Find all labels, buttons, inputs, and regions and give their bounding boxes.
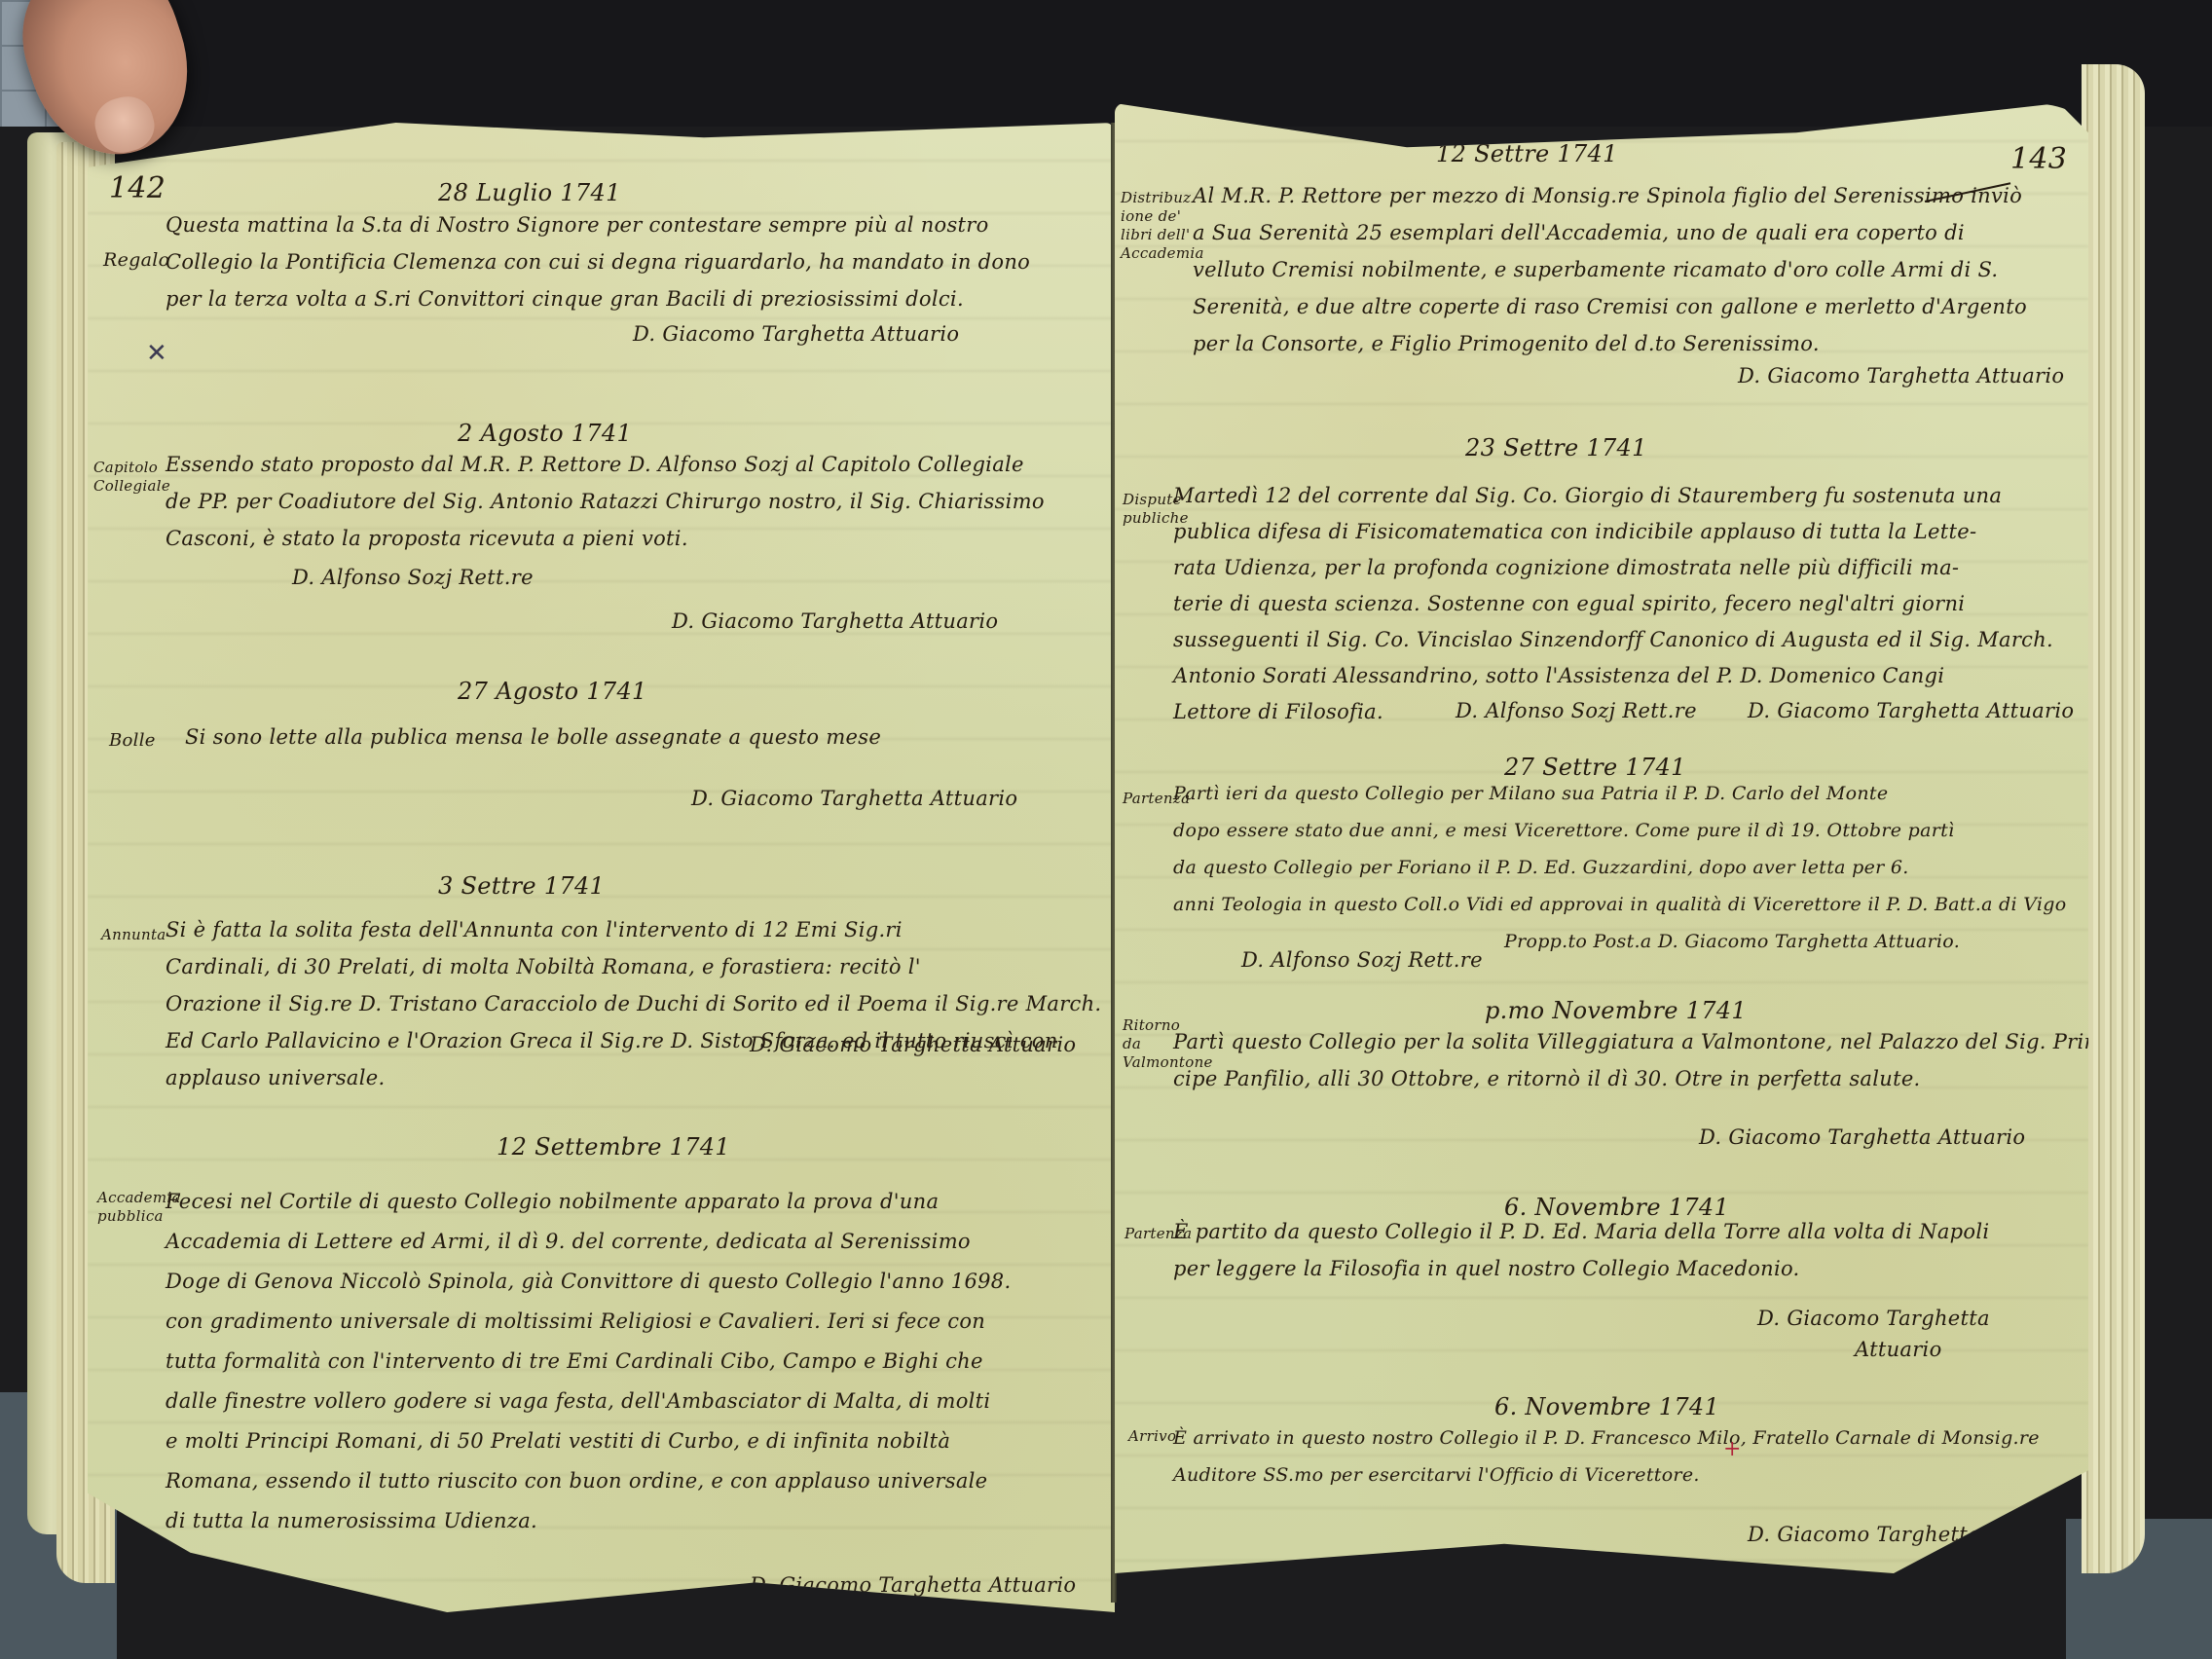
signature: Attuario bbox=[1855, 1338, 1942, 1361]
text-line: da questo Collegio per Foriano il P. D. … bbox=[1173, 849, 2067, 886]
entry-text: È partito da questo Collegio il P. D. Ed… bbox=[1173, 1213, 1989, 1287]
text-line: con gradimento universale di moltissimi … bbox=[166, 1302, 1011, 1342]
entry-date: 3 Settre 1741 bbox=[438, 872, 605, 900]
text-line: publica difesa di Fisicomatematica con i… bbox=[1173, 514, 2053, 550]
text-line: Essendo stato proposto dal M.R. P. Retto… bbox=[166, 446, 1045, 483]
margin-heading: Bolle bbox=[109, 731, 156, 750]
signature: D. Giacomo Targhetta Attuario bbox=[691, 787, 1017, 810]
signature: D. Giacomo Targhetta Attuario bbox=[1699, 1125, 2025, 1149]
text-line: Al M.R. P. Rettore per mezzo di Monsig.r… bbox=[1193, 177, 2027, 214]
entry-date: 23 Settre 1741 bbox=[1465, 434, 1647, 461]
text-line: Collegio la Pontificia Clemenza con cui … bbox=[166, 243, 1030, 280]
text-line: Partì questo Collegio per la solita Vill… bbox=[1173, 1023, 2088, 1060]
text-line: de PP. per Coadiutore del Sig. Antonio R… bbox=[166, 483, 1045, 520]
text-line: di tutta la numerosissima Udienza. bbox=[166, 1501, 1011, 1541]
folio-number: 142 bbox=[109, 171, 166, 205]
margin-heading: Arrivo bbox=[1128, 1427, 1176, 1446]
text-line: Si è fatta la solita festa dell'Annunta … bbox=[166, 911, 1101, 948]
text-line: anni Teologia in questo Coll.o Vidi ed a… bbox=[1173, 886, 2067, 923]
entry-date: 28 Luglio 1741 bbox=[438, 179, 621, 206]
signature: D. Giacomo Targhetta Attuario bbox=[633, 322, 959, 346]
signature: D. Giacomo Targhetta Attuario bbox=[672, 609, 998, 633]
signature: D. Giacomo Targhetta Attuario bbox=[1738, 364, 2064, 387]
margin-heading: Annunta bbox=[101, 926, 166, 944]
open-manuscript-book: 142 28 Luglio 1741 Regalo ✕ Questa matti… bbox=[27, 64, 2145, 1607]
text-line: e molti Principi Romani, di 50 Prelati v… bbox=[166, 1421, 1011, 1461]
entry-text: Martedì 12 del corrente dal Sig. Co. Gio… bbox=[1173, 478, 2053, 730]
text-line: Antonio Sorati Alessandrino, sotto l'Ass… bbox=[1173, 658, 2053, 694]
signature: D. Alfonso Sozj Rett.re bbox=[292, 566, 534, 589]
entry-text: Al M.R. P. Rettore per mezzo di Monsig.r… bbox=[1193, 177, 2027, 362]
text-line: Cardinali, di 30 Prelati, di molta Nobil… bbox=[166, 948, 1101, 985]
entry-text: Fecesi nel Cortile di questo Collegio no… bbox=[166, 1182, 1011, 1541]
signature: D. Giacomo Targhetta Attuario. bbox=[1748, 1523, 2081, 1546]
text-line: susseguenti il Sig. Co. Vincislao Sinzen… bbox=[1173, 622, 2053, 658]
signature: D. Alfonso Sozj Rett.re bbox=[1241, 948, 1483, 972]
entry-text: Essendo stato proposto dal M.R. P. Retto… bbox=[166, 446, 1045, 557]
text-line: Si sono lette alla publica mensa le boll… bbox=[185, 719, 881, 756]
entry-text: Si è fatta la solita festa dell'Annunta … bbox=[166, 911, 1101, 1096]
margin-heading: Accademia pubblica bbox=[97, 1189, 164, 1226]
text-line: dopo essere stato due anni, e mesi Vicer… bbox=[1173, 812, 2067, 849]
text-line: Serenità, e due altre coperte di raso Cr… bbox=[1193, 288, 2027, 325]
entry-date: 12 Settembre 1741 bbox=[497, 1133, 730, 1161]
text-line: Doge di Genova Niccolò Spinola, già Conv… bbox=[166, 1262, 1011, 1302]
text-line: Martedì 12 del corrente dal Sig. Co. Gio… bbox=[1173, 478, 2053, 514]
entry-date: 12 Settre 1741 bbox=[1436, 140, 1618, 167]
text-line: Accademia di Lettere ed Armi, il dì 9. d… bbox=[166, 1222, 1011, 1262]
entry-date: 2 Agosto 1741 bbox=[458, 420, 632, 447]
page-edges-right bbox=[2082, 64, 2145, 1573]
text-line: tutta formalità con l'intervento di tre … bbox=[166, 1342, 1011, 1382]
text-line: per leggere la Filosofia in quel nostro … bbox=[1173, 1250, 1989, 1287]
red-cross-mark-icon: + bbox=[1723, 1437, 1741, 1461]
signature: D. Giacomo Targhetta Attuario bbox=[750, 1573, 1076, 1597]
entry-text: Partì questo Collegio per la solita Vill… bbox=[1173, 1023, 2088, 1097]
entry-text: Partì ieri da questo Collegio per Milano… bbox=[1173, 775, 2067, 960]
x-mark-icon: ✕ bbox=[146, 339, 167, 368]
signature: D. Giacomo Targhetta Attuario bbox=[750, 1033, 1076, 1056]
signature: D. Giacomo Targhetta bbox=[1757, 1307, 1990, 1330]
text-line: Orazione il Sig.re D. Tristano Caracciol… bbox=[166, 985, 1101, 1022]
right-page: 143 12 Settre 1741 Distribuz. ione de' l… bbox=[1115, 103, 2088, 1573]
text-line: terie di questa scienza. Sostenne con eg… bbox=[1173, 586, 2053, 622]
entry-date: p.mo Novembre 1741 bbox=[1485, 997, 1747, 1024]
text-line: Auditore SS.mo per esercitarvi l'Officio… bbox=[1173, 1456, 2040, 1493]
text-line: cipe Panfilio, alli 30 Ottobre, e ritorn… bbox=[1173, 1060, 2088, 1097]
entry-date: 6. Novembre 1741 bbox=[1494, 1393, 1719, 1420]
text-line: Questa mattina la S.ta di Nostro Signore… bbox=[166, 206, 1030, 243]
entry-text: È arrivato in questo nostro Collegio il … bbox=[1173, 1419, 2040, 1493]
entry-date: 27 Agosto 1741 bbox=[458, 678, 647, 705]
text-line: È arrivato in questo nostro Collegio il … bbox=[1173, 1419, 2040, 1456]
text-line: applauso universale. bbox=[166, 1059, 1101, 1096]
text-line: Fecesi nel Cortile di questo Collegio no… bbox=[166, 1182, 1011, 1222]
text-line: per la terza volta a S.ri Convittori cin… bbox=[166, 280, 1030, 317]
text-line: Partì ieri da questo Collegio per Milano… bbox=[1173, 775, 2067, 812]
left-page: 142 28 Luglio 1741 Regalo ✕ Questa matti… bbox=[88, 123, 1115, 1612]
text-line: rata Udienza, per la profonda cognizione… bbox=[1173, 550, 2053, 586]
text-line: velluto Cremisi nobilmente, e superbamen… bbox=[1193, 251, 2027, 288]
margin-heading: Distribuz. ione de' libri dell' Accademi… bbox=[1121, 189, 1191, 263]
entry-text: Questa mattina la S.ta di Nostro Signore… bbox=[166, 206, 1030, 317]
entry-text: Si sono lette alla publica mensa le boll… bbox=[185, 719, 881, 756]
text-line: per la Consorte, e Figlio Primogenito de… bbox=[1193, 325, 2027, 362]
margin-heading: Capitolo Collegiale bbox=[93, 459, 162, 496]
text-line: dalle finestre vollero godere si vaga fe… bbox=[166, 1382, 1011, 1421]
text-line: a Sua Serenità 25 esemplari dell'Accadem… bbox=[1193, 214, 2027, 251]
margin-heading: Regalo bbox=[103, 251, 169, 270]
signature: D. Alfonso Sozj Rett.re bbox=[1456, 699, 1697, 722]
text-line: Casconi, è stato la proposta ricevuta a … bbox=[166, 520, 1045, 557]
signature: D. Giacomo Targhetta Attuario bbox=[1748, 699, 2074, 722]
text-line: Romana, essendo il tutto riuscito con bu… bbox=[166, 1461, 1011, 1501]
folio-number: 143 bbox=[2010, 142, 2067, 176]
text-line: È partito da questo Collegio il P. D. Ed… bbox=[1173, 1213, 1989, 1250]
